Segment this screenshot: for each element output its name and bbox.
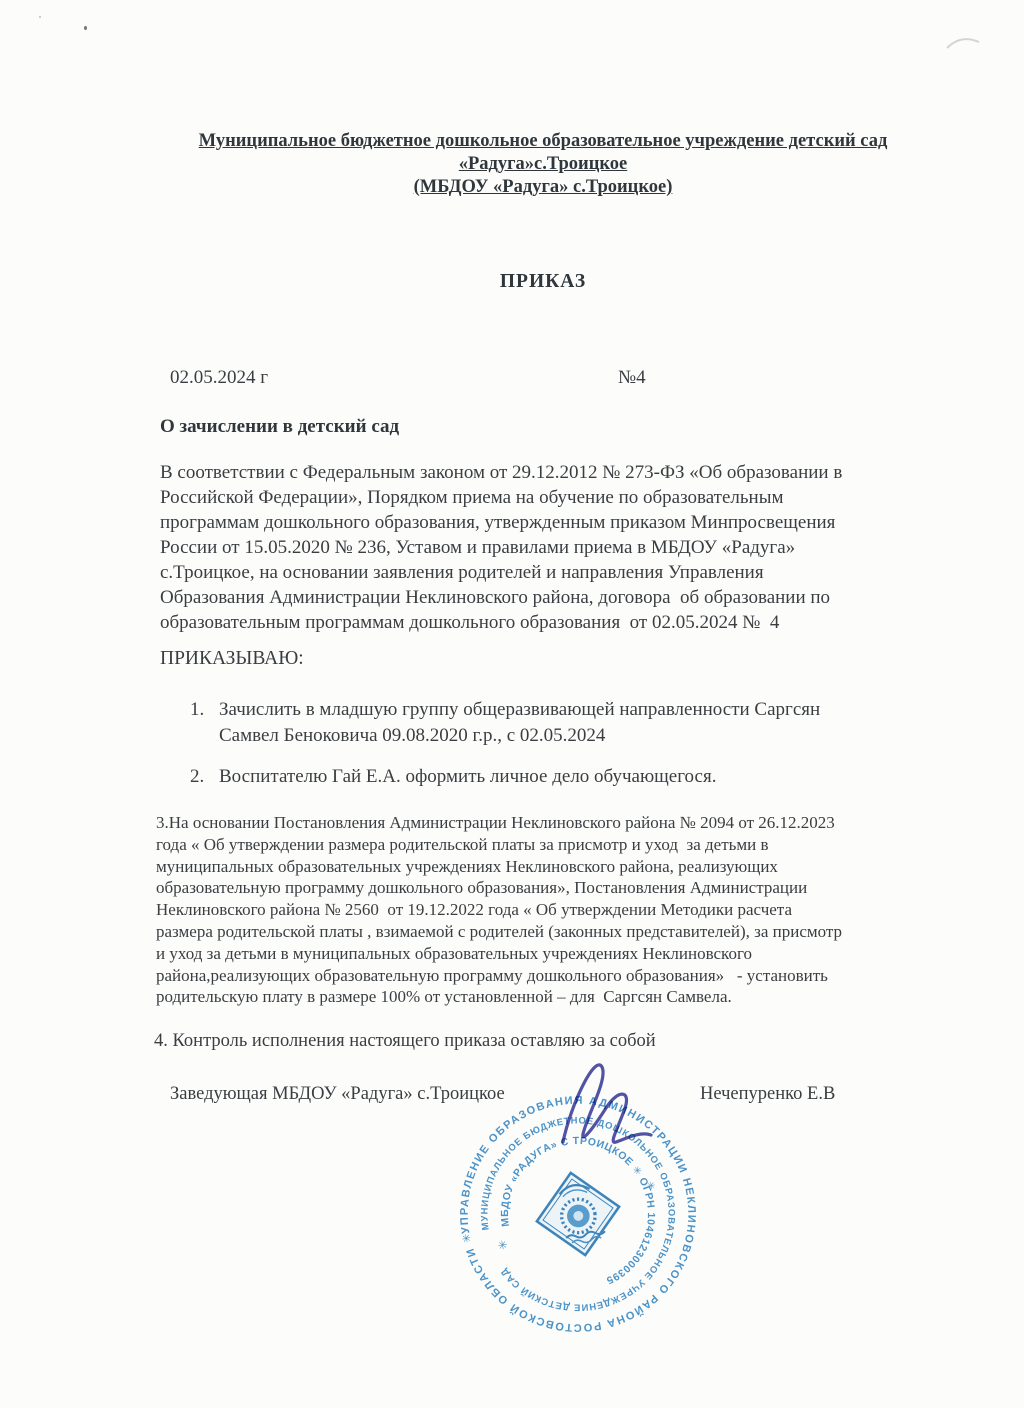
clause-4-line: 4. Контроль исполнения настоящего приказ… bbox=[154, 1031, 926, 1052]
order-item-2: 2. Воспитателю Гай Е.А. оформить личное … bbox=[160, 764, 926, 790]
org-header-line-2: «Радуга»с.Троицкое bbox=[160, 153, 926, 176]
clause-3-paragraph: 3.На основании Постановления Администрац… bbox=[156, 812, 926, 1008]
item-text: Воспитателю Гай Е.А. оформить личное дел… bbox=[219, 764, 716, 790]
document-body: Муниципальное бюджетное дошкольное образ… bbox=[160, 0, 926, 1114]
order-date: 02.05.2024 г bbox=[170, 367, 268, 388]
stamp-star-separator: ✳ bbox=[496, 1237, 508, 1253]
org-header-line-1: Муниципальное бюджетное дошкольное образ… bbox=[160, 130, 926, 153]
org-header: Муниципальное бюджетное дошкольное образ… bbox=[160, 130, 926, 199]
signatory-name: Нечепуренко Е.В bbox=[700, 1084, 835, 1105]
scan-speck bbox=[39, 16, 41, 18]
order-item-1: 1. Зачислить в младшую группу общеразвив… bbox=[160, 697, 926, 749]
order-number: №4 bbox=[618, 367, 646, 389]
preamble-paragraph: В соответствии с Федеральным законом от … bbox=[160, 460, 926, 635]
signatory-position: Заведующая МБДОУ «Радуга» с.Троицкое bbox=[170, 1084, 505, 1104]
date-number-row: 02.05.2024 г №4 bbox=[160, 367, 926, 392]
resolution-word: ПРИКАЗЫВАЮ: bbox=[160, 648, 926, 670]
handwritten-signature-icon bbox=[545, 1046, 675, 1154]
scan-speck bbox=[84, 26, 87, 30]
stamp-coat-of-arms bbox=[530, 1166, 627, 1263]
order-title: ПРИКАЗ bbox=[160, 271, 926, 293]
stamp-star-separator: ✳ bbox=[646, 1180, 656, 1192]
org-header-line-3: (МБДОУ «Радуга» с.Троицкое) bbox=[160, 176, 926, 199]
page-curl-mark bbox=[945, 30, 985, 54]
order-subject: О зачислении в детский сад bbox=[160, 416, 926, 438]
scanned-order-document: Муниципальное бюджетное дошкольное образ… bbox=[0, 0, 1024, 1408]
item-number: 1. bbox=[190, 697, 219, 749]
item-text: Зачислить в младшую группу общеразвивающ… bbox=[219, 697, 820, 749]
item-number: 2. bbox=[190, 764, 219, 790]
